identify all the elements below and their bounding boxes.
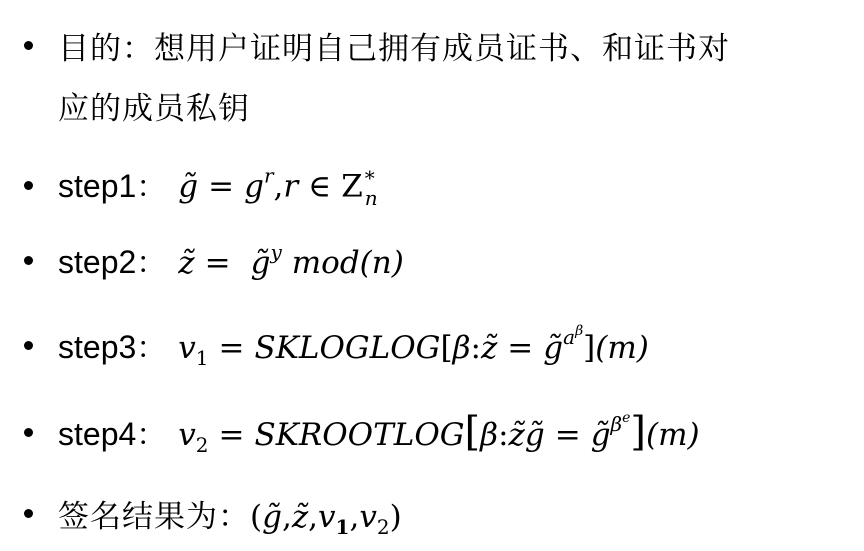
exponent-beta: β xyxy=(611,412,623,436)
exponent-a: a xyxy=(563,325,575,349)
exponent-r: r xyxy=(264,164,274,188)
step3-content: step3 ： v1=SKLOGLOG[β:z̃=g̃aβ](m) xyxy=(58,323,649,367)
open-bracket: [ xyxy=(440,330,452,366)
equals: = xyxy=(219,330,245,366)
step-label: step1 xyxy=(58,168,136,205)
g-tilde: g̃ xyxy=(178,169,198,205)
step4-formula: v2=SKROOTLOG[β:z̃g̃=g̃βe](m) xyxy=(178,409,699,455)
close-bracket: ] xyxy=(583,330,595,366)
subscript-2: 2 xyxy=(377,515,390,539)
element-of: ∈ xyxy=(308,169,331,205)
v: v xyxy=(178,330,196,366)
bullet-icon xyxy=(24,428,33,437)
comma: , xyxy=(349,499,359,535)
step1-formula: g̃=gr,r∈Z * n xyxy=(178,168,377,208)
colon: : xyxy=(498,417,508,453)
equals: = xyxy=(555,417,581,453)
purpose-line-2: 应的成员私钥 xyxy=(58,83,250,128)
bullet-icon xyxy=(24,256,33,265)
purpose-line-1: 目的：想用户证明自己拥有成员证书、和证书对 xyxy=(58,23,730,68)
v: v xyxy=(178,417,196,453)
comma: , xyxy=(282,499,292,535)
result-label: 签名结果为： xyxy=(58,491,250,536)
exponent-y: y xyxy=(270,240,281,264)
step-colon: ： xyxy=(136,323,166,367)
base-g-tilde: g̃ xyxy=(251,245,271,281)
g-tilde: g̃ xyxy=(262,499,282,535)
exponent-beta: β xyxy=(575,323,583,339)
step2-formula: z̃=g̃ymod(n) xyxy=(178,245,404,281)
step1-content: step1 ： g̃=gr,r∈Z * n xyxy=(58,162,378,209)
set-z: Z xyxy=(341,169,363,205)
base-g: g xyxy=(244,169,264,205)
step-colon: ： xyxy=(136,162,166,206)
subscript-2: 2 xyxy=(196,433,209,457)
bullet-icon xyxy=(24,41,33,50)
step-colon: ： xyxy=(136,410,166,454)
z-tilde: z̃ xyxy=(481,330,497,366)
bullet-icon xyxy=(24,181,33,190)
step-label: step2 xyxy=(58,244,136,281)
open-paren: ( xyxy=(250,499,262,535)
step-colon: ： xyxy=(136,238,166,282)
close-paren: ) xyxy=(390,499,402,535)
message-m: (m) xyxy=(646,417,700,453)
base-g-tilde: g̃ xyxy=(543,330,563,366)
var-r: r xyxy=(283,169,298,205)
mod-n: mod(n) xyxy=(292,245,404,281)
v1: v xyxy=(318,499,336,535)
bullet-icon xyxy=(24,509,33,518)
subscript-1: 1 xyxy=(336,515,350,539)
set-subscript: n xyxy=(365,188,378,208)
set-superscript: * xyxy=(365,168,378,188)
step-label: step4 xyxy=(58,416,136,453)
equals: = xyxy=(208,169,234,205)
step3-formula: v1=SKLOGLOG[β:z̃=g̃aβ](m) xyxy=(178,330,649,366)
step-label: step3 xyxy=(58,329,136,366)
bullet-icon xyxy=(24,341,33,350)
z-tilde-g-tilde: z̃g̃ xyxy=(509,417,545,453)
operator-skrootlog: SKROOTLOG xyxy=(255,417,465,453)
v2: v xyxy=(359,499,377,535)
step4-content: step4 ： v2=SKROOTLOG[β:z̃g̃=g̃βe](m) xyxy=(58,409,700,455)
z-tilde: z̃ xyxy=(292,499,308,535)
result-content: 签名结果为： (g̃,z̃,v1,v2) xyxy=(58,491,402,536)
comma: , xyxy=(308,499,318,535)
open-bracket: [ xyxy=(465,409,481,455)
operator-skloglog: SKLOGLOG xyxy=(255,330,441,366)
message-m: (m) xyxy=(595,330,649,366)
step2-content: step2 ： z̃=g̃ymod(n) xyxy=(58,238,404,282)
z-tilde: z̃ xyxy=(178,245,194,281)
comma: , xyxy=(274,169,284,205)
equals: = xyxy=(219,417,245,453)
colon: : xyxy=(470,330,480,366)
equals: = xyxy=(507,330,533,366)
beta: β xyxy=(453,330,471,366)
signature-tuple: (g̃,z̃,v1,v2) xyxy=(250,499,402,535)
beta: β xyxy=(480,417,498,453)
equals: = xyxy=(205,245,231,281)
close-bracket: ] xyxy=(630,409,646,455)
subscript-1: 1 xyxy=(196,346,209,370)
base-g-tilde: g̃ xyxy=(591,417,611,453)
